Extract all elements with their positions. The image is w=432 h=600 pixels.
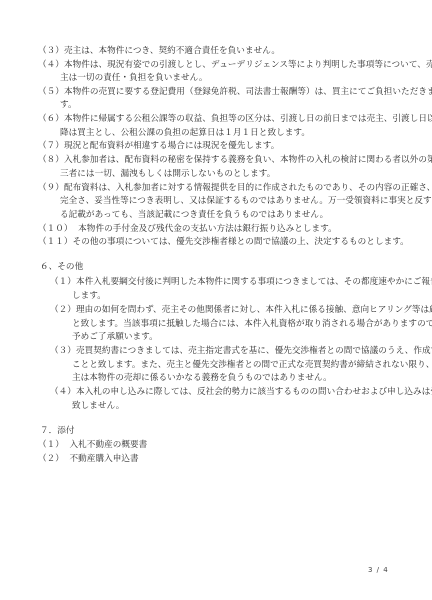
item-9-cont1: 完全さ、妥当性等につき表明し、又は保証するものではありません。万一受領資料に事実…: [60, 195, 432, 207]
s6-item-1: （１）本件入札要綱交付後に判明した本物件に関する事項につきましては、その都度速や…: [50, 276, 432, 288]
s6-item-4-cont: 致しません。: [72, 400, 124, 412]
item-9-cont2: る記載があっても、当該記載につき責任を負うものではありません。: [60, 209, 328, 221]
item-9: （９）配布資料は、入札参加者に対する情報提供を目的に作成されたものであり、その内…: [38, 182, 432, 194]
item-4: （４）本物件は、現況有姿での引渡しとし、デューデリジェンス等により判明した事項等…: [38, 59, 432, 71]
s6-item-3: （３）売買契約書につきましては、売主指定書式を基に、優先交渉権者との間で協議のう…: [50, 345, 432, 357]
s6-item-2-cont2: 予めご了承願います。: [72, 331, 158, 343]
document-page: （３）売主は、本物件につき、契約不適合責任を負いません。 （４）本物件は、現況有…: [0, 0, 432, 600]
s6-item-4: （４）本入札の申し込みに際しては、反社会的勢力に該当するものの問い合わせおよび申…: [50, 386, 432, 398]
section-7-heading: ７．添付: [40, 425, 75, 437]
item-3: （３）売主は、本物件につき、契約不適合責任を負いません。: [38, 45, 280, 57]
item-10: （１０） 本物件の手付金及び残代金の支払い方法は銀行振り込みとします。: [38, 223, 337, 235]
item-5-cont: す。: [60, 99, 77, 111]
item-11: （１１）その他の事項については、優先交渉権者様との間で協議の上、決定するものとし…: [38, 236, 409, 248]
s6-item-1-cont: します。: [72, 290, 106, 302]
attachment-2: （２） 不動産購入申込書: [38, 453, 139, 465]
item-7: （７）現況と配布資料が相違する場合には現況を優先します。: [38, 140, 279, 152]
s6-item-2-cont1: と致します。当該事項に抵触した場合には、本件入札資格が取り消される場合があります…: [72, 318, 432, 330]
item-8: （８）入札参加者は、配布資料の秘密を保持する義務を負い、本物件の入札の検討に関わ…: [38, 154, 432, 166]
page-number: 3 / 4: [368, 566, 389, 574]
s6-item-2: （２）理由の如何を問わず、売主その他関係者に対し、本件入札に係る接触、意向ヒアリ…: [50, 304, 432, 316]
s6-item-3-cont2: 主は本物件の売却に係るいかなる義務を負うものではありません。: [72, 372, 332, 384]
item-5: （５）本物件の売買に要する登記費用（登録免許税、司法書士報酬等）は、買主にてご負…: [38, 86, 432, 98]
item-6: （６）本物件に帰属する公租公課等の収益、負担等の区分は、引渡し日の前日までは売主…: [38, 113, 432, 125]
attachment-1: （１） 入札不動産の概要書: [38, 439, 147, 451]
item-6-cont: 降は買主とし、公租公課の負担の起算日は１月１日と致します。: [60, 127, 310, 139]
item-8-cont: 三者には一切、漏洩もしくは開示しないものとします。: [60, 168, 275, 180]
s6-item-3-cont1: ことと致します。また、売主と優先交渉権者との間で正式な売買契約書が締結されない限…: [72, 359, 432, 371]
section-6-heading: ６、その他: [40, 261, 83, 273]
item-4-cont: 主は一切の責任・負担を負いません。: [60, 72, 207, 84]
